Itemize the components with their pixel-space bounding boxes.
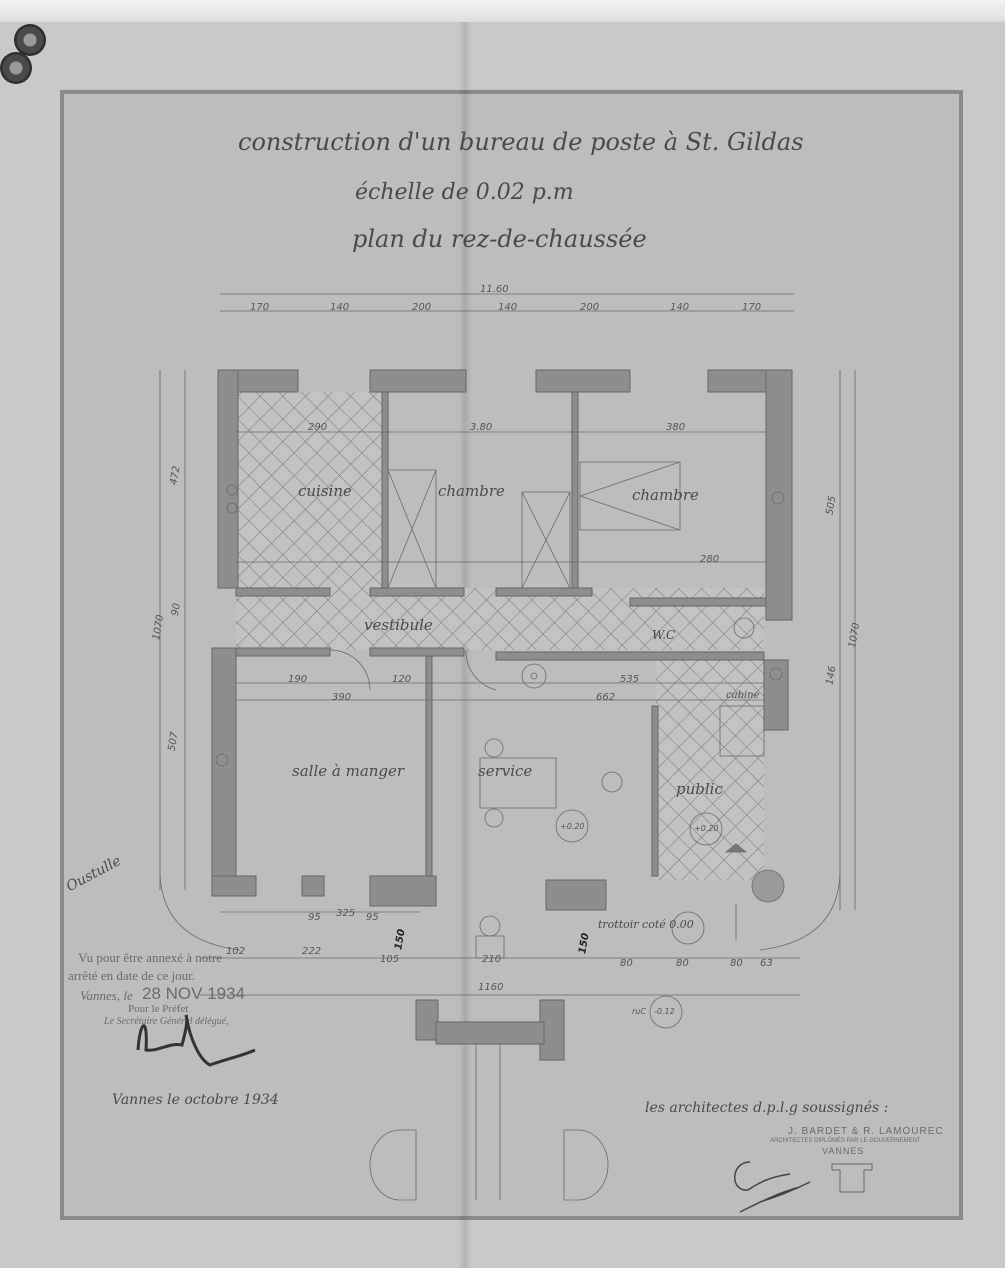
scale-label: échelle de 0.02 p.m	[355, 180, 574, 205]
dim: 140	[670, 302, 689, 313]
level-public: +0.20	[694, 824, 719, 833]
room-label-wc: W.C	[652, 628, 675, 642]
dim: 1160	[478, 982, 503, 993]
dim: 80	[676, 958, 689, 969]
dim: 80	[730, 958, 743, 969]
dim: 102	[226, 946, 245, 957]
dim: 222	[302, 946, 321, 957]
architects-signed-by: les architectes d.p.l.g soussignés :	[645, 1100, 888, 1116]
dim: 63	[760, 958, 773, 969]
stamp-line-3: Vannes, le	[80, 988, 133, 1004]
dim: 325	[336, 908, 355, 919]
dim: 140	[330, 302, 349, 313]
dim: 662	[596, 692, 615, 703]
dim: 95	[366, 912, 379, 923]
dim: 170	[742, 302, 761, 313]
dim: 80	[620, 958, 633, 969]
road-label: ruC	[632, 1007, 646, 1016]
room-label-salle-a-manger: salle à manger	[292, 762, 404, 780]
document-title: construction d'un bureau de poste à St. …	[238, 128, 804, 156]
dim: 535	[620, 674, 639, 685]
dim: 140	[498, 302, 517, 313]
dim: 95	[308, 912, 321, 923]
level-road: -0.12	[654, 1007, 675, 1016]
place-date: Vannes le octobre 1934	[112, 1092, 279, 1108]
dim: 120	[392, 674, 411, 685]
dim: 390	[332, 692, 351, 703]
stamp-line-2: arrêté en date de ce jour.	[68, 968, 195, 984]
plan-subtitle: plan du rez-de-chaussée	[352, 225, 647, 253]
room-label-chambre: chambre	[632, 486, 699, 504]
dim: 3.80	[470, 422, 492, 433]
architects-names: J. BARDET & R. LAMOUREC	[788, 1126, 944, 1137]
architects-role: ARCHITECTES DIPLÔMÉS PAR LE GOUVERNEMENT	[770, 1138, 921, 1144]
room-label-service: service	[478, 762, 532, 780]
dim: 90	[170, 602, 183, 616]
dim: 380	[666, 422, 685, 433]
stamp-date: 28 NOV 1934	[142, 984, 245, 1004]
room-label-cuisine: cuisine	[298, 482, 352, 500]
room-label-vestibule: vestibule	[364, 616, 433, 634]
dim: 290	[308, 422, 327, 433]
dim: 200	[580, 302, 599, 313]
architect-signatures-icon	[720, 1152, 880, 1222]
prefect-signature-icon	[130, 1010, 260, 1070]
dim: 105	[380, 954, 399, 965]
stamp-line-1: Vu pour être annexé à notre	[78, 950, 222, 966]
dim: 200	[412, 302, 431, 313]
room-label-public: public	[676, 780, 723, 798]
dim: 190	[288, 674, 307, 685]
room-label-cabine: cabine	[726, 690, 760, 701]
dim: 210	[482, 954, 501, 965]
room-label-trottoir: trottoir coté 0.00	[598, 918, 694, 931]
dim: 280	[700, 554, 719, 565]
dim: 170	[250, 302, 269, 313]
overall-width-dim: 11.60	[480, 284, 509, 295]
room-label-chambre: chambre	[438, 482, 505, 500]
level-service: +0.20	[560, 822, 585, 831]
